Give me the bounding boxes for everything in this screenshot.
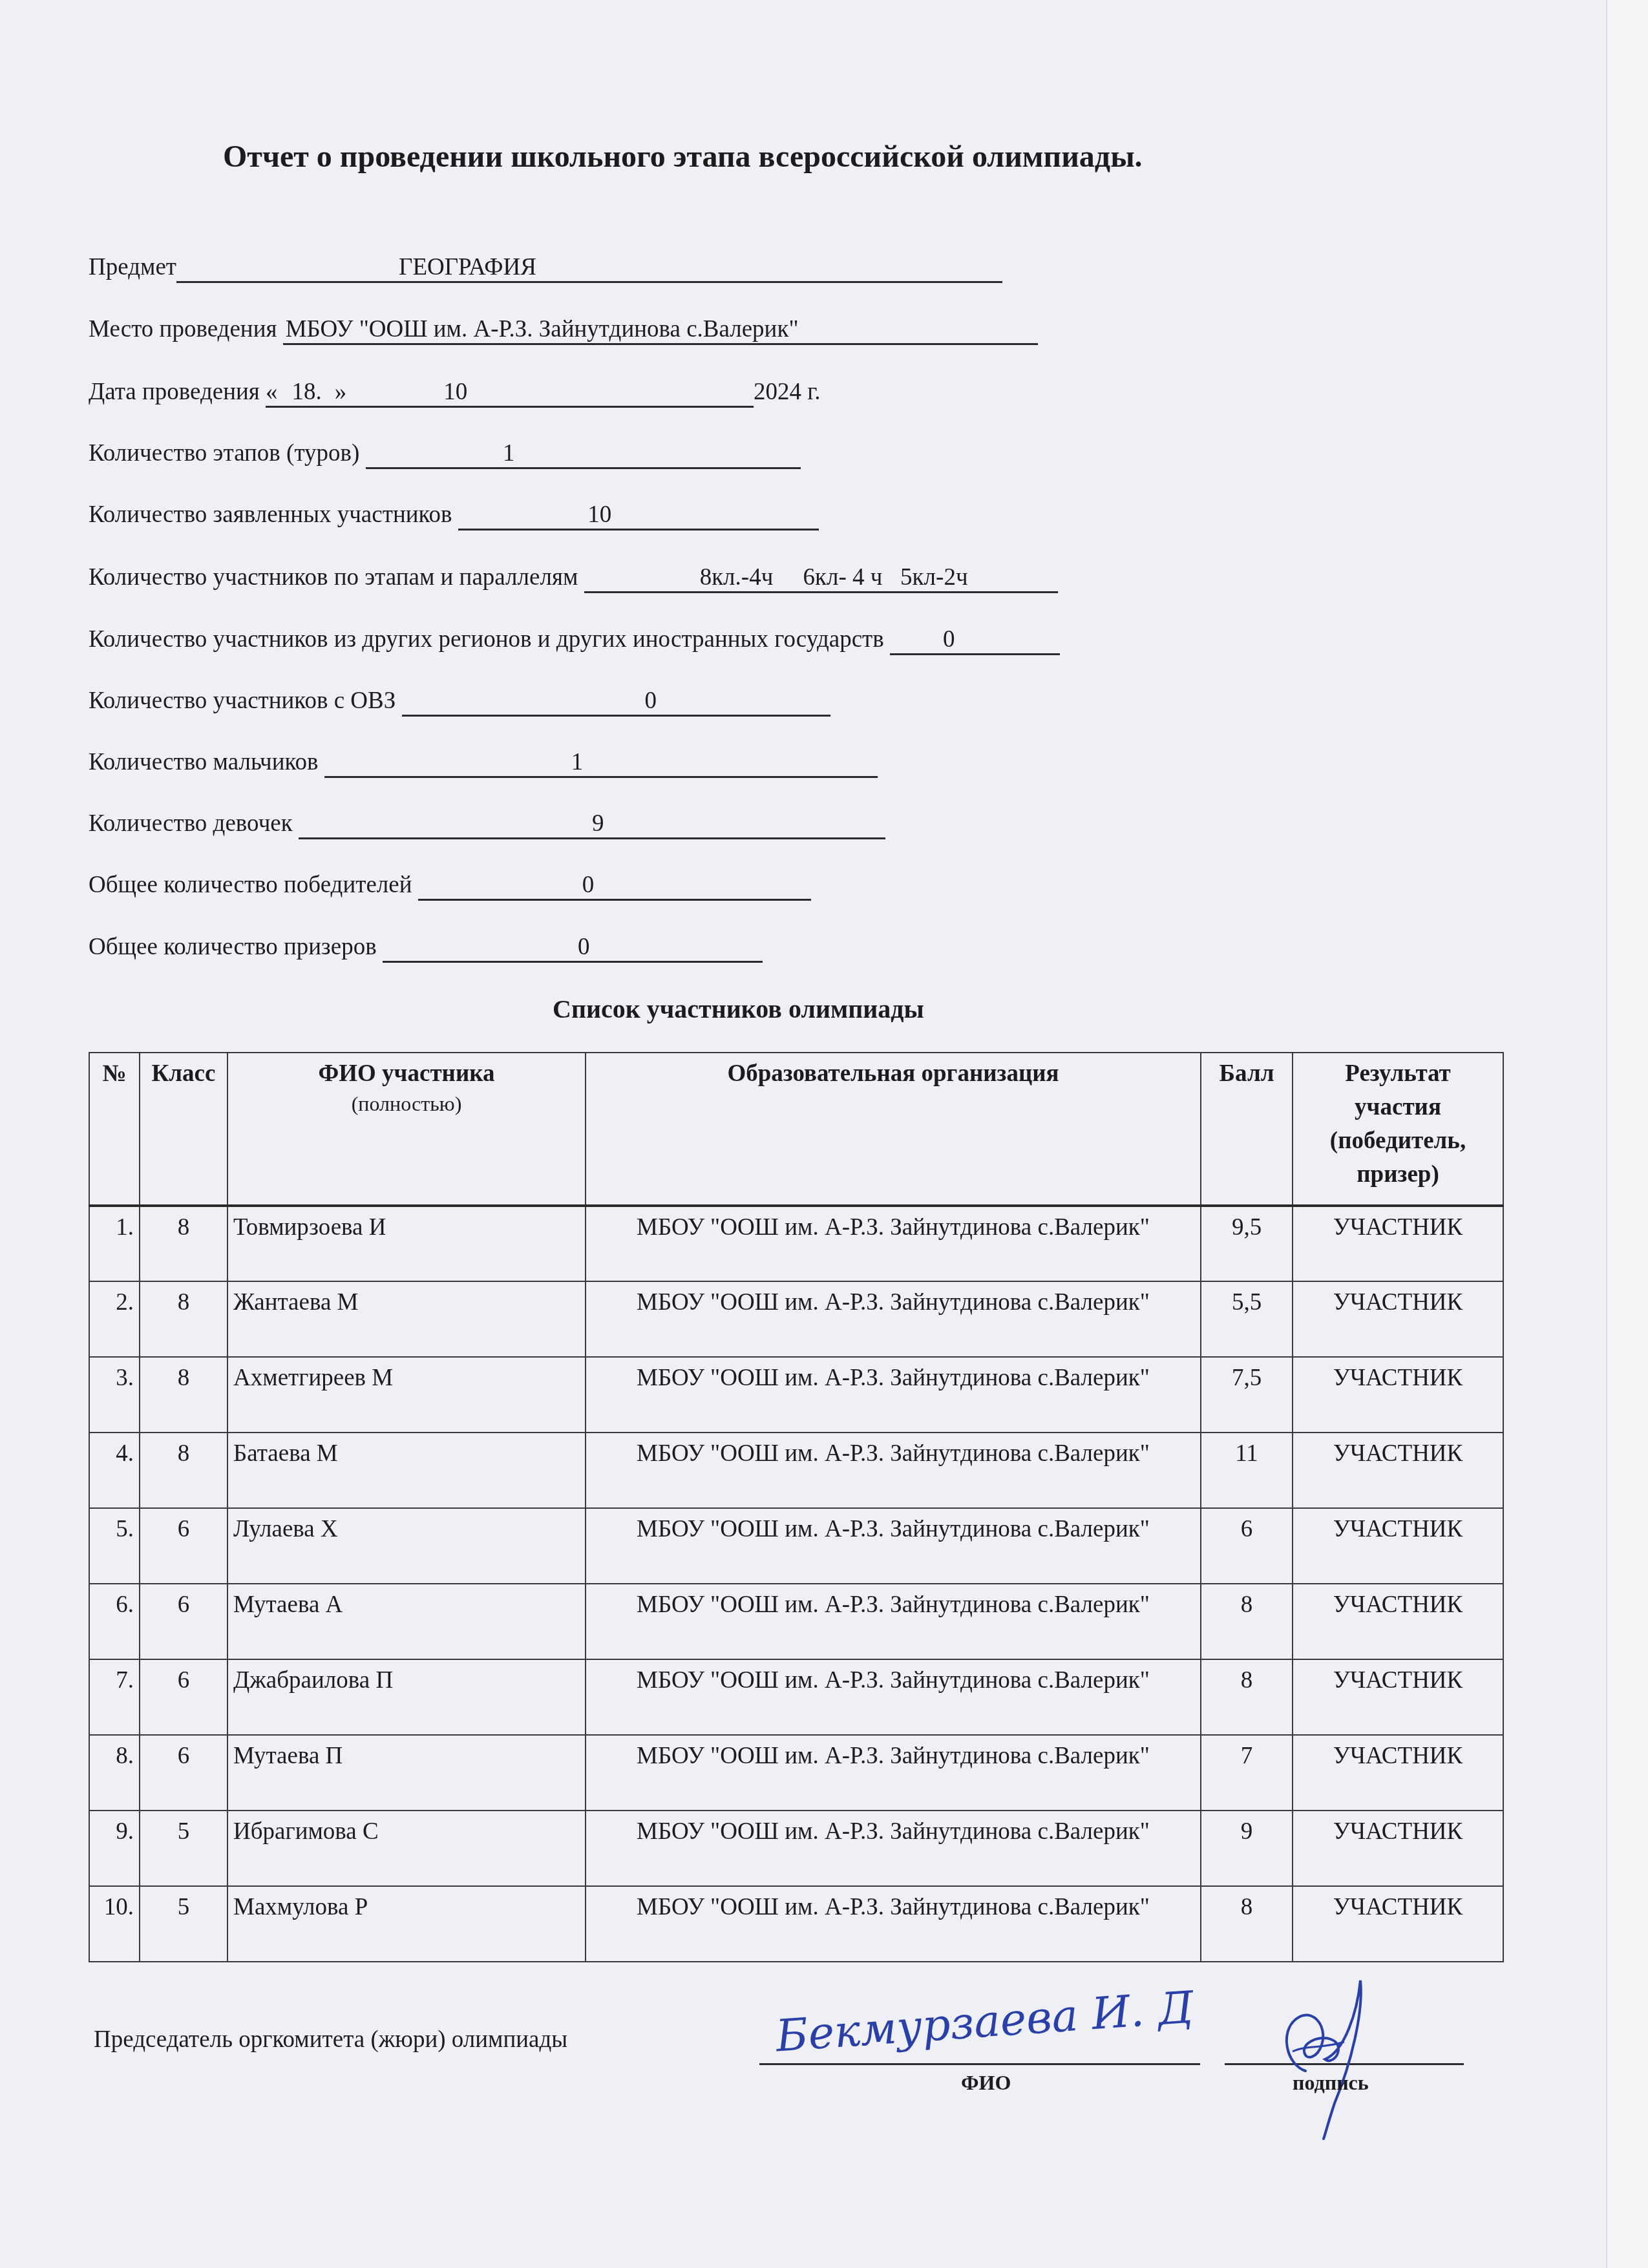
field-subject-label: Предмет (89, 254, 176, 280)
document-page: Отчет о проведении школьного этапа всеро… (0, 0, 1607, 2268)
cell-org: МБОУ "ООШ им. А-Р.З. Зайнутдинова с.Вале… (586, 1735, 1201, 1811)
cell-score: 5,5 (1201, 1281, 1293, 1357)
field-winners: Общее количество победителей 0 (89, 871, 811, 901)
cell-org: МБОУ "ООШ им. А-Р.З. Зайнутдинова с.Вале… (586, 1508, 1201, 1584)
cell-grade: 8 (140, 1281, 227, 1357)
field-date-label: Дата проведения (89, 379, 260, 405)
cell-result: УЧАСТНИК (1293, 1735, 1503, 1811)
cell-name: Джабраилова П (227, 1659, 586, 1735)
cell-name: Батаева М (227, 1433, 586, 1508)
cell-grade: 6 (140, 1584, 227, 1659)
cell-num: 6. (89, 1584, 140, 1659)
cell-grade: 5 (140, 1886, 227, 1962)
cell-grade: 6 (140, 1659, 227, 1735)
field-by-stage-value: 8кл.-4ч 6кл- 4 ч 5кл-2ч (700, 563, 968, 591)
cell-result: УЧАСТНИК (1293, 1811, 1503, 1886)
signature-label: Председатель оргкомитета (жюри) олимпиад… (94, 2026, 567, 2053)
field-stages: Количество этапов (туров) 1 (89, 439, 801, 469)
cell-name: Ахметгиреев М (227, 1357, 586, 1433)
table-row: 5.6Лулаева ХМБОУ "ООШ им. А-Р.З. Зайнутд… (89, 1508, 1503, 1584)
field-ovz-value: 0 (645, 687, 657, 715)
cell-num: 1. (89, 1206, 140, 1281)
field-declared-value: 10 (587, 501, 611, 529)
cell-name: Махмулова Р (227, 1886, 586, 1962)
participants-table-body: 1.8Товмирзоева ИМБОУ "ООШ им. А-Р.З. Зай… (89, 1206, 1503, 1962)
field-boys-label: Количество мальчиков (89, 749, 319, 775)
cell-result: УЧАСТНИК (1293, 1206, 1503, 1281)
cell-score: 11 (1201, 1433, 1293, 1508)
cell-org: МБОУ "ООШ им. А-Р.З. Зайнутдинова с.Вале… (586, 1206, 1201, 1281)
cell-result: УЧАСТНИК (1293, 1584, 1503, 1659)
date-year: 2024 г. (754, 379, 821, 405)
cell-score: 8 (1201, 1659, 1293, 1735)
field-winners-value-line[interactable]: 0 (418, 871, 811, 901)
field-foreign-value-line[interactable]: 0 (890, 625, 1060, 655)
cell-name: Мутаева П (227, 1735, 586, 1811)
cell-num: 2. (89, 1281, 140, 1357)
date-day: 18. (292, 378, 322, 406)
cell-name: Жантаева М (227, 1281, 586, 1357)
name-signature-line[interactable] (759, 2063, 1200, 2065)
date-close-quote: » (335, 378, 347, 406)
cell-grade: 6 (140, 1735, 227, 1811)
cell-result: УЧАСТНИК (1293, 1357, 1503, 1433)
field-prizewinners-value: 0 (578, 933, 590, 961)
field-boys: Количество мальчиков 1 (89, 748, 878, 778)
table-row: 4.8Батаева ММБОУ "ООШ им. А-Р.З. Зайнутд… (89, 1433, 1503, 1508)
table-row: 6.6Мутаева АМБОУ "ООШ им. А-Р.З. Зайнутд… (89, 1584, 1503, 1659)
field-subject-value-line[interactable]: ГЕОГРАФИЯ (176, 253, 1002, 283)
cell-result: УЧАСТНИК (1293, 1433, 1503, 1508)
field-boys-value-line[interactable]: 1 (324, 748, 878, 778)
table-row: 9.5Ибрагимова СМБОУ "ООШ им. А-Р.З. Зайн… (89, 1811, 1503, 1886)
cell-org: МБОУ "ООШ им. А-Р.З. Зайнутдинова с.Вале… (586, 1659, 1201, 1735)
cell-grade: 8 (140, 1433, 227, 1508)
cell-org: МБОУ "ООШ им. А-Р.З. Зайнутдинова с.Вале… (586, 1584, 1201, 1659)
cell-org: МБОУ "ООШ им. А-Р.З. Зайнутдинова с.Вале… (586, 1886, 1201, 1962)
participants-table: № Класс ФИО участника (полностью) Образо… (89, 1052, 1504, 1962)
cell-name: Лулаева Х (227, 1508, 586, 1584)
field-ovz-value-line[interactable]: 0 (402, 687, 830, 717)
cell-name: Ибрагимова С (227, 1811, 586, 1886)
field-stages-value-line[interactable]: 1 (366, 439, 801, 469)
table-row: 3.8Ахметгиреев ММБОУ "ООШ им. А-Р.З. Зай… (89, 1357, 1503, 1433)
field-venue-label: Место проведения (89, 316, 277, 342)
cell-num: 9. (89, 1811, 140, 1886)
cell-score: 9,5 (1201, 1206, 1293, 1281)
cell-result: УЧАСТНИК (1293, 1281, 1503, 1357)
cell-num: 5. (89, 1508, 140, 1584)
cell-grade: 8 (140, 1206, 227, 1281)
table-row: 8.6Мутаева ПМБОУ "ООШ им. А-Р.З. Зайнутд… (89, 1735, 1503, 1811)
document-title: Отчет о проведении школьного этапа всеро… (223, 139, 1143, 174)
field-girls-label: Количество девочек (89, 810, 293, 837)
field-date-value-line[interactable]: «18.»10 (266, 378, 754, 408)
field-girls: Количество девочек 9 (89, 810, 885, 839)
table-row: 10.5Махмулова РМБОУ "ООШ им. А-Р.З. Зайн… (89, 1886, 1503, 1962)
field-declared: Количество заявленных участников 10 (89, 501, 819, 530)
cell-name: Товмирзоева И (227, 1206, 586, 1281)
field-ovz: Количество участников с ОВЗ 0 (89, 687, 830, 717)
field-venue: Место проведения МБОУ "ООШ им. А-Р.З. За… (89, 315, 1038, 345)
cell-org: МБОУ "ООШ им. А-Р.З. Зайнутдинова с.Вале… (586, 1281, 1201, 1357)
cell-grade: 5 (140, 1811, 227, 1886)
field-date: Дата проведения «18.»102024 г. (89, 378, 821, 408)
cell-result: УЧАСТНИК (1293, 1659, 1503, 1735)
cell-num: 4. (89, 1433, 140, 1508)
field-by-stage-value-line[interactable]: 8кл.-4ч 6кл- 4 ч 5кл-2ч (584, 563, 1058, 593)
signature-caption: подпись (1293, 2071, 1369, 2095)
cell-org: МБОУ "ООШ им. А-Р.З. Зайнутдинова с.Вале… (586, 1811, 1201, 1886)
field-boys-value: 1 (571, 748, 584, 776)
date-month: 10 (443, 378, 467, 406)
cell-score: 8 (1201, 1584, 1293, 1659)
header-name-sub: (полностью) (233, 1091, 580, 1117)
signature-scribble-icon (1267, 1974, 1383, 2142)
header-name: ФИО участника (полностью) (227, 1053, 586, 1206)
field-venue-value-line[interactable]: МБОУ "ООШ им. А-Р.З. Зайнутдинова с.Вале… (283, 315, 1038, 345)
cell-score: 6 (1201, 1508, 1293, 1584)
field-stages-value: 1 (503, 439, 515, 467)
table-row: 1.8Товмирзоева ИМБОУ "ООШ им. А-Р.З. Зай… (89, 1206, 1503, 1281)
header-score: Балл (1201, 1053, 1293, 1206)
field-winners-label: Общее количество победителей (89, 872, 412, 898)
field-subject: ПредметГЕОГРАФИЯ (89, 253, 1002, 283)
cell-grade: 8 (140, 1357, 227, 1433)
name-caption: ФИО (961, 2071, 1011, 2095)
field-girls-value-line[interactable]: 9 (299, 810, 885, 839)
field-foreign-label: Количество участников из других регионов… (89, 626, 884, 653)
field-declared-value-line[interactable]: 10 (458, 501, 819, 530)
cell-name: Мутаева А (227, 1584, 586, 1659)
cell-grade: 6 (140, 1508, 227, 1584)
header-num: № (89, 1053, 140, 1206)
field-by-stage: Количество участников по этапам и паралл… (89, 563, 1058, 593)
field-prizewinners-value-line[interactable]: 0 (383, 933, 763, 963)
cell-org: МБОУ "ООШ им. А-Р.З. Зайнутдинова с.Вале… (586, 1433, 1201, 1508)
field-prizewinners-label: Общее количество призеров (89, 934, 377, 960)
cell-num: 8. (89, 1735, 140, 1811)
field-stages-label: Количество этапов (туров) (89, 440, 359, 467)
header-grade: Класс (140, 1053, 227, 1206)
cell-score: 7,5 (1201, 1357, 1293, 1433)
cell-score: 7 (1201, 1735, 1293, 1811)
cell-result: УЧАСТНИК (1293, 1508, 1503, 1584)
handwritten-name: Бекмурзаева И. Д (774, 1982, 1196, 2063)
cell-result: УЧАСТНИК (1293, 1886, 1503, 1962)
header-org: Образовательная организация (586, 1053, 1201, 1206)
header-result: Результат участия (победитель, призер) (1293, 1053, 1503, 1206)
field-girls-value: 9 (592, 810, 604, 837)
field-venue-value: МБОУ "ООШ им. А-Р.З. Зайнутдинова с.Вале… (286, 315, 799, 343)
table-row: 2.8Жантаева ММБОУ "ООШ им. А-Р.З. Зайнут… (89, 1281, 1503, 1357)
field-foreign: Количество участников из других регионов… (89, 625, 1060, 655)
cell-org: МБОУ "ООШ им. А-Р.З. Зайнутдинова с.Вале… (586, 1357, 1201, 1433)
header-name-title: ФИО участника (319, 1060, 495, 1087)
field-by-stage-label: Количество участников по этапам и паралл… (89, 564, 578, 591)
table-header-row: № Класс ФИО участника (полностью) Образо… (89, 1053, 1503, 1206)
cell-num: 7. (89, 1659, 140, 1735)
field-prizewinners: Общее количество призеров 0 (89, 933, 763, 963)
field-declared-label: Количество заявленных участников (89, 501, 452, 528)
cell-score: 9 (1201, 1811, 1293, 1886)
field-ovz-label: Количество участников с ОВЗ (89, 688, 396, 714)
table-row: 7.6Джабраилова ПМБОУ "ООШ им. А-Р.З. Зай… (89, 1659, 1503, 1735)
field-winners-value: 0 (582, 871, 595, 899)
cell-num: 3. (89, 1357, 140, 1433)
participants-section-title: Список участников олимпиады (0, 994, 1648, 1024)
cell-num: 10. (89, 1886, 140, 1962)
field-foreign-value: 0 (943, 625, 955, 653)
cell-score: 8 (1201, 1886, 1293, 1962)
date-open-quote: « (266, 379, 278, 405)
field-subject-value: ГЕОГРАФИЯ (399, 253, 536, 281)
